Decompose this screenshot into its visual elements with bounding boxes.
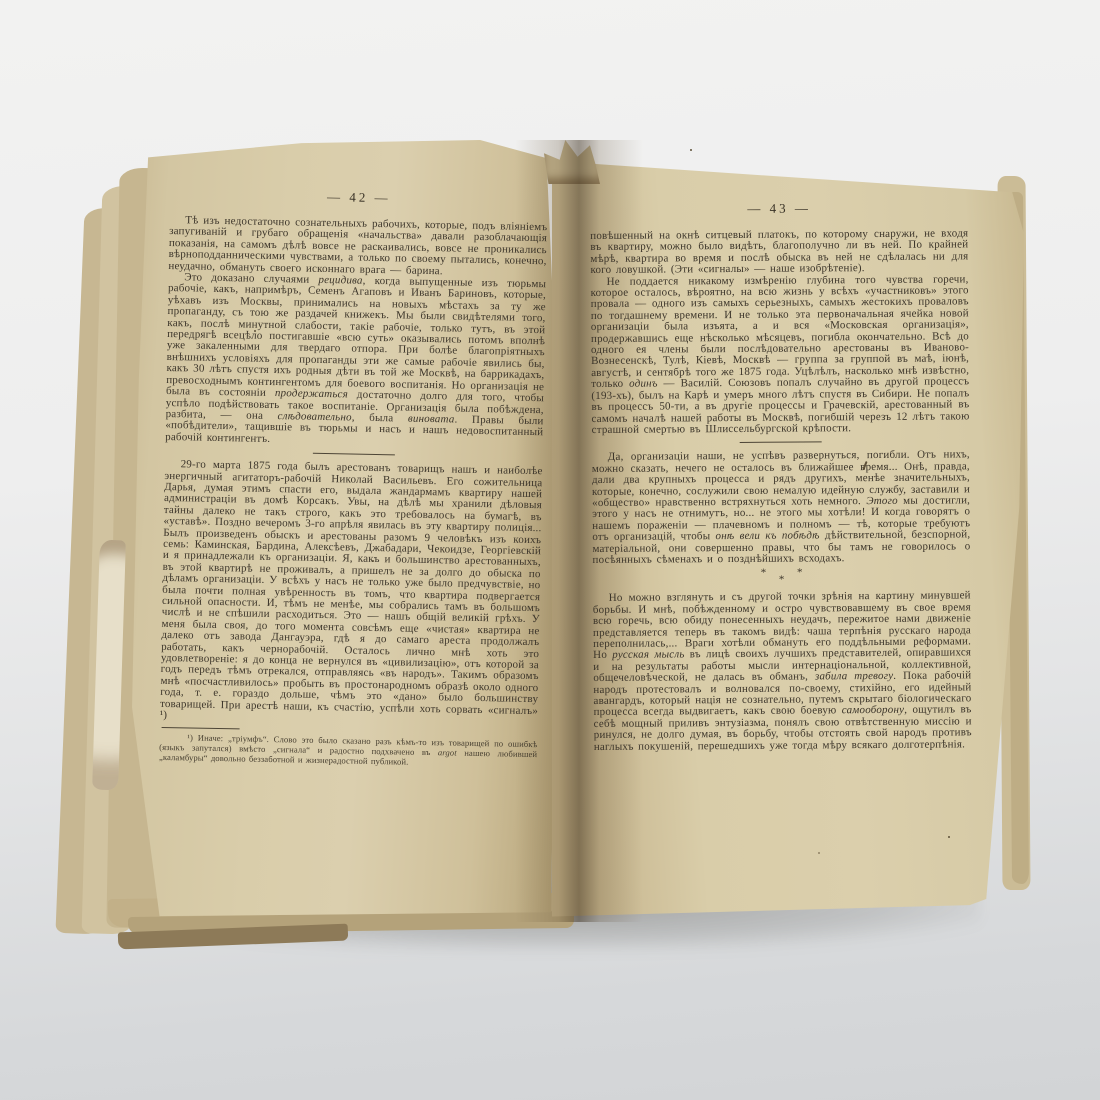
paper-speck [690, 149, 692, 151]
right-page-number: — 43 — [590, 199, 968, 218]
paragraph: Тѣ изъ недостаточно сознательныхъ рабочи… [168, 215, 547, 279]
paper-speck [818, 852, 820, 854]
paragraph: 29-го марта 1875 года былъ арестованъ то… [160, 459, 543, 729]
paragraph: Это доказано случаями рецидива, когда вы… [165, 272, 546, 450]
section-divider [740, 442, 822, 444]
asterisk-row: * [593, 576, 971, 586]
paper-speck [372, 560, 374, 562]
paragraph: Не поддается никакому измѣренію глубина … [591, 274, 970, 436]
paper-speck [254, 330, 256, 332]
gutter-torn-paper [544, 140, 600, 184]
paper-speck [948, 836, 950, 838]
right-page-text: — 43 — повѣшенный на окнѣ ситцевый плато… [590, 199, 972, 753]
paragraph: повѣшенный на окнѣ ситцевый платокъ, по … [590, 228, 968, 276]
left-page-text: — 42 — Тѣ изъ недостаточно сознательныхъ… [159, 186, 548, 770]
photo-background: — 42 — Тѣ изъ недостаточно сознательныхъ… [0, 0, 1100, 1100]
section-divider [313, 453, 395, 456]
paragraph: Но можно взглянуть и съ другой точки зрѣ… [593, 591, 972, 753]
footnote-rule [162, 727, 240, 729]
asterisk-divider: * * * [593, 569, 971, 586]
book: — 42 — Тѣ изъ недостаточно сознательныхъ… [0, 0, 1100, 1100]
paragraph: Да, организаціи наши, не успѣвъ разверну… [592, 450, 971, 567]
